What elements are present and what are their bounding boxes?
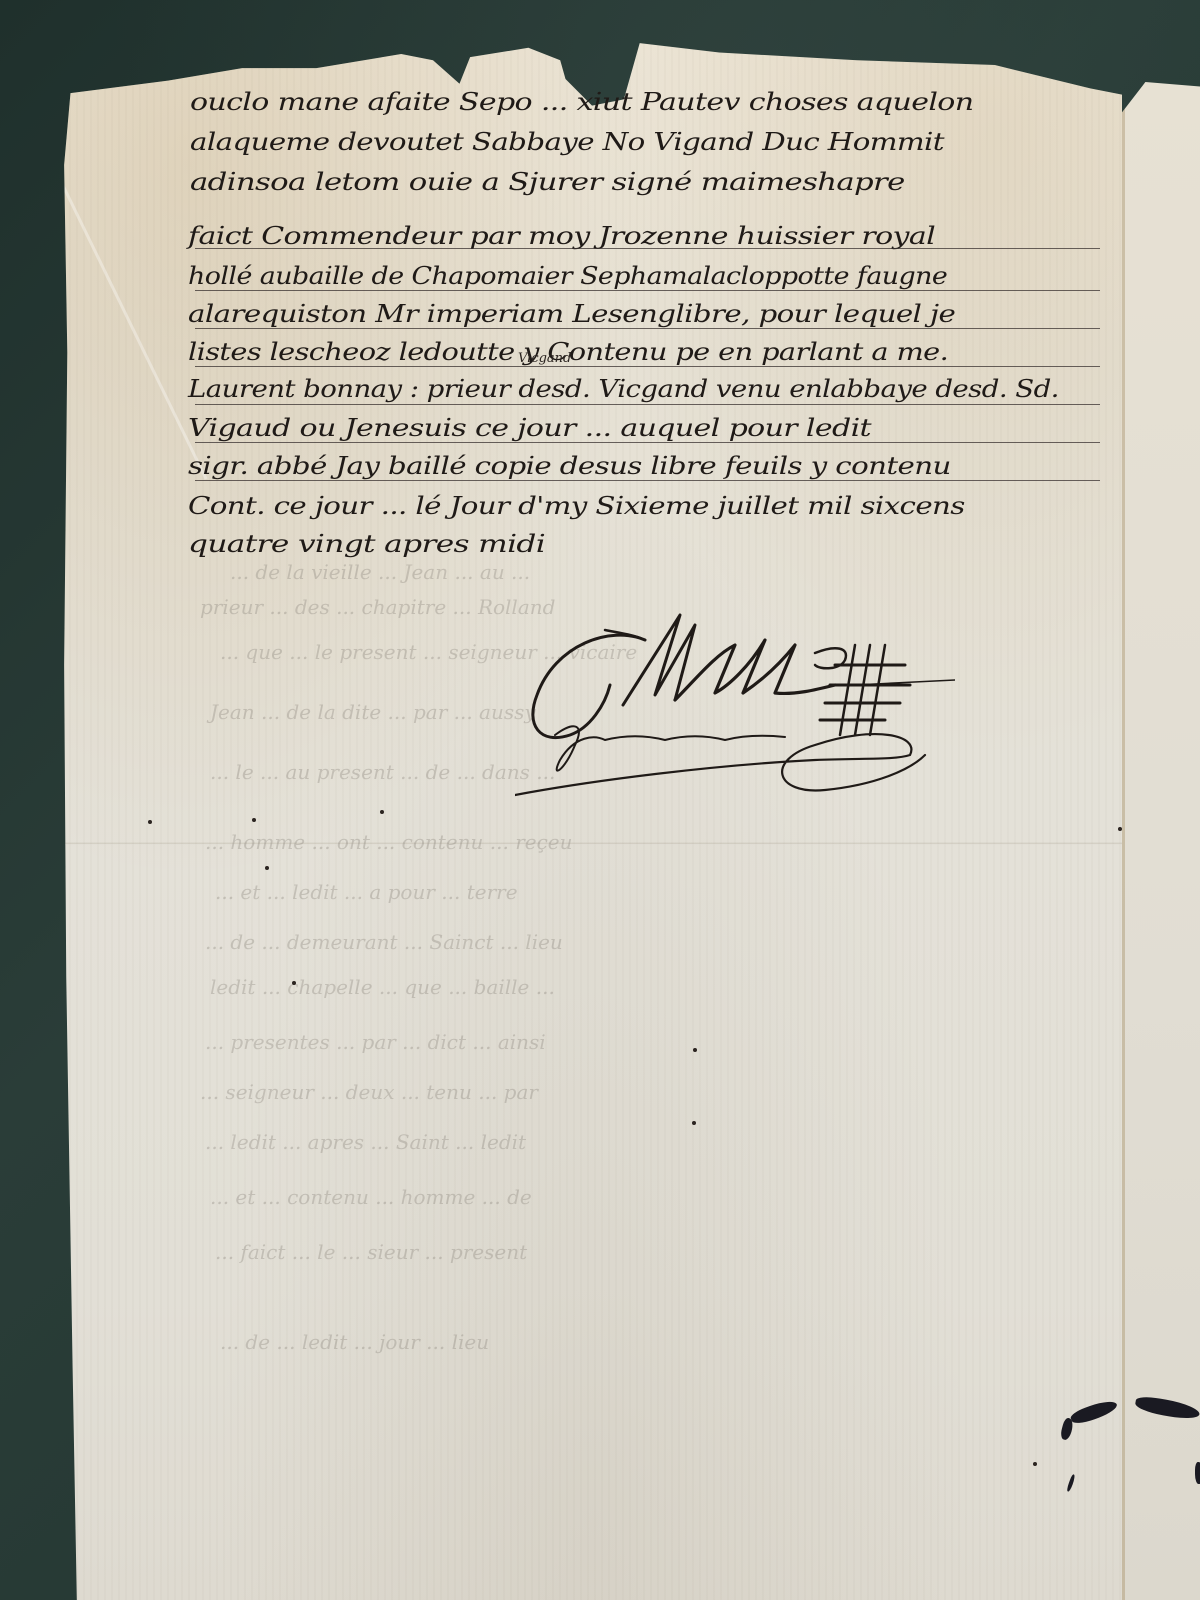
signature: Merle huissier garde (515, 585, 955, 805)
ruled-line (195, 442, 1100, 443)
handwritten-line-9: Vigaud ou Jenesuis ce jour ... auquel po… (188, 414, 871, 442)
ruled-line (195, 248, 1100, 249)
handwritten-line-11: Cont. ce jour ... lé Jour d'my Sixieme j… (188, 492, 965, 520)
ruled-line (195, 480, 1100, 481)
handwritten-line-3: adinsoa letom ouie a Sjurer signé maimes… (190, 168, 905, 196)
interlinear-insertion: Vicgand (518, 351, 571, 366)
handwritten-line-8: Laurent bonnay : prieur desd. Vicgand ve… (188, 375, 1059, 403)
handwritten-line-5: hollé aubaille de Chapomaier Sephamalacl… (188, 262, 947, 290)
handwritten-line-6: alarequiston Mr imperiam Lesenglibre, po… (188, 300, 955, 328)
ruled-line (195, 404, 1100, 405)
ruled-line (195, 290, 1100, 291)
handwritten-line-1: ouclo mane afaite Sepo ... xiut Pautev c… (190, 88, 973, 116)
handwritten-line-2: alaqueme devoutet Sabbaye No Vigand Duc … (190, 128, 944, 156)
handwritten-line-12: quatre vingt apres midi (188, 530, 545, 558)
handwritten-line-10: sigr. abbé Jay baillé copie desus libre … (188, 452, 951, 480)
handwritten-line-4: faict Commendeur par moy Jrozenne huissi… (188, 222, 935, 250)
ruled-line (195, 328, 1100, 329)
ruled-line (195, 366, 1100, 367)
